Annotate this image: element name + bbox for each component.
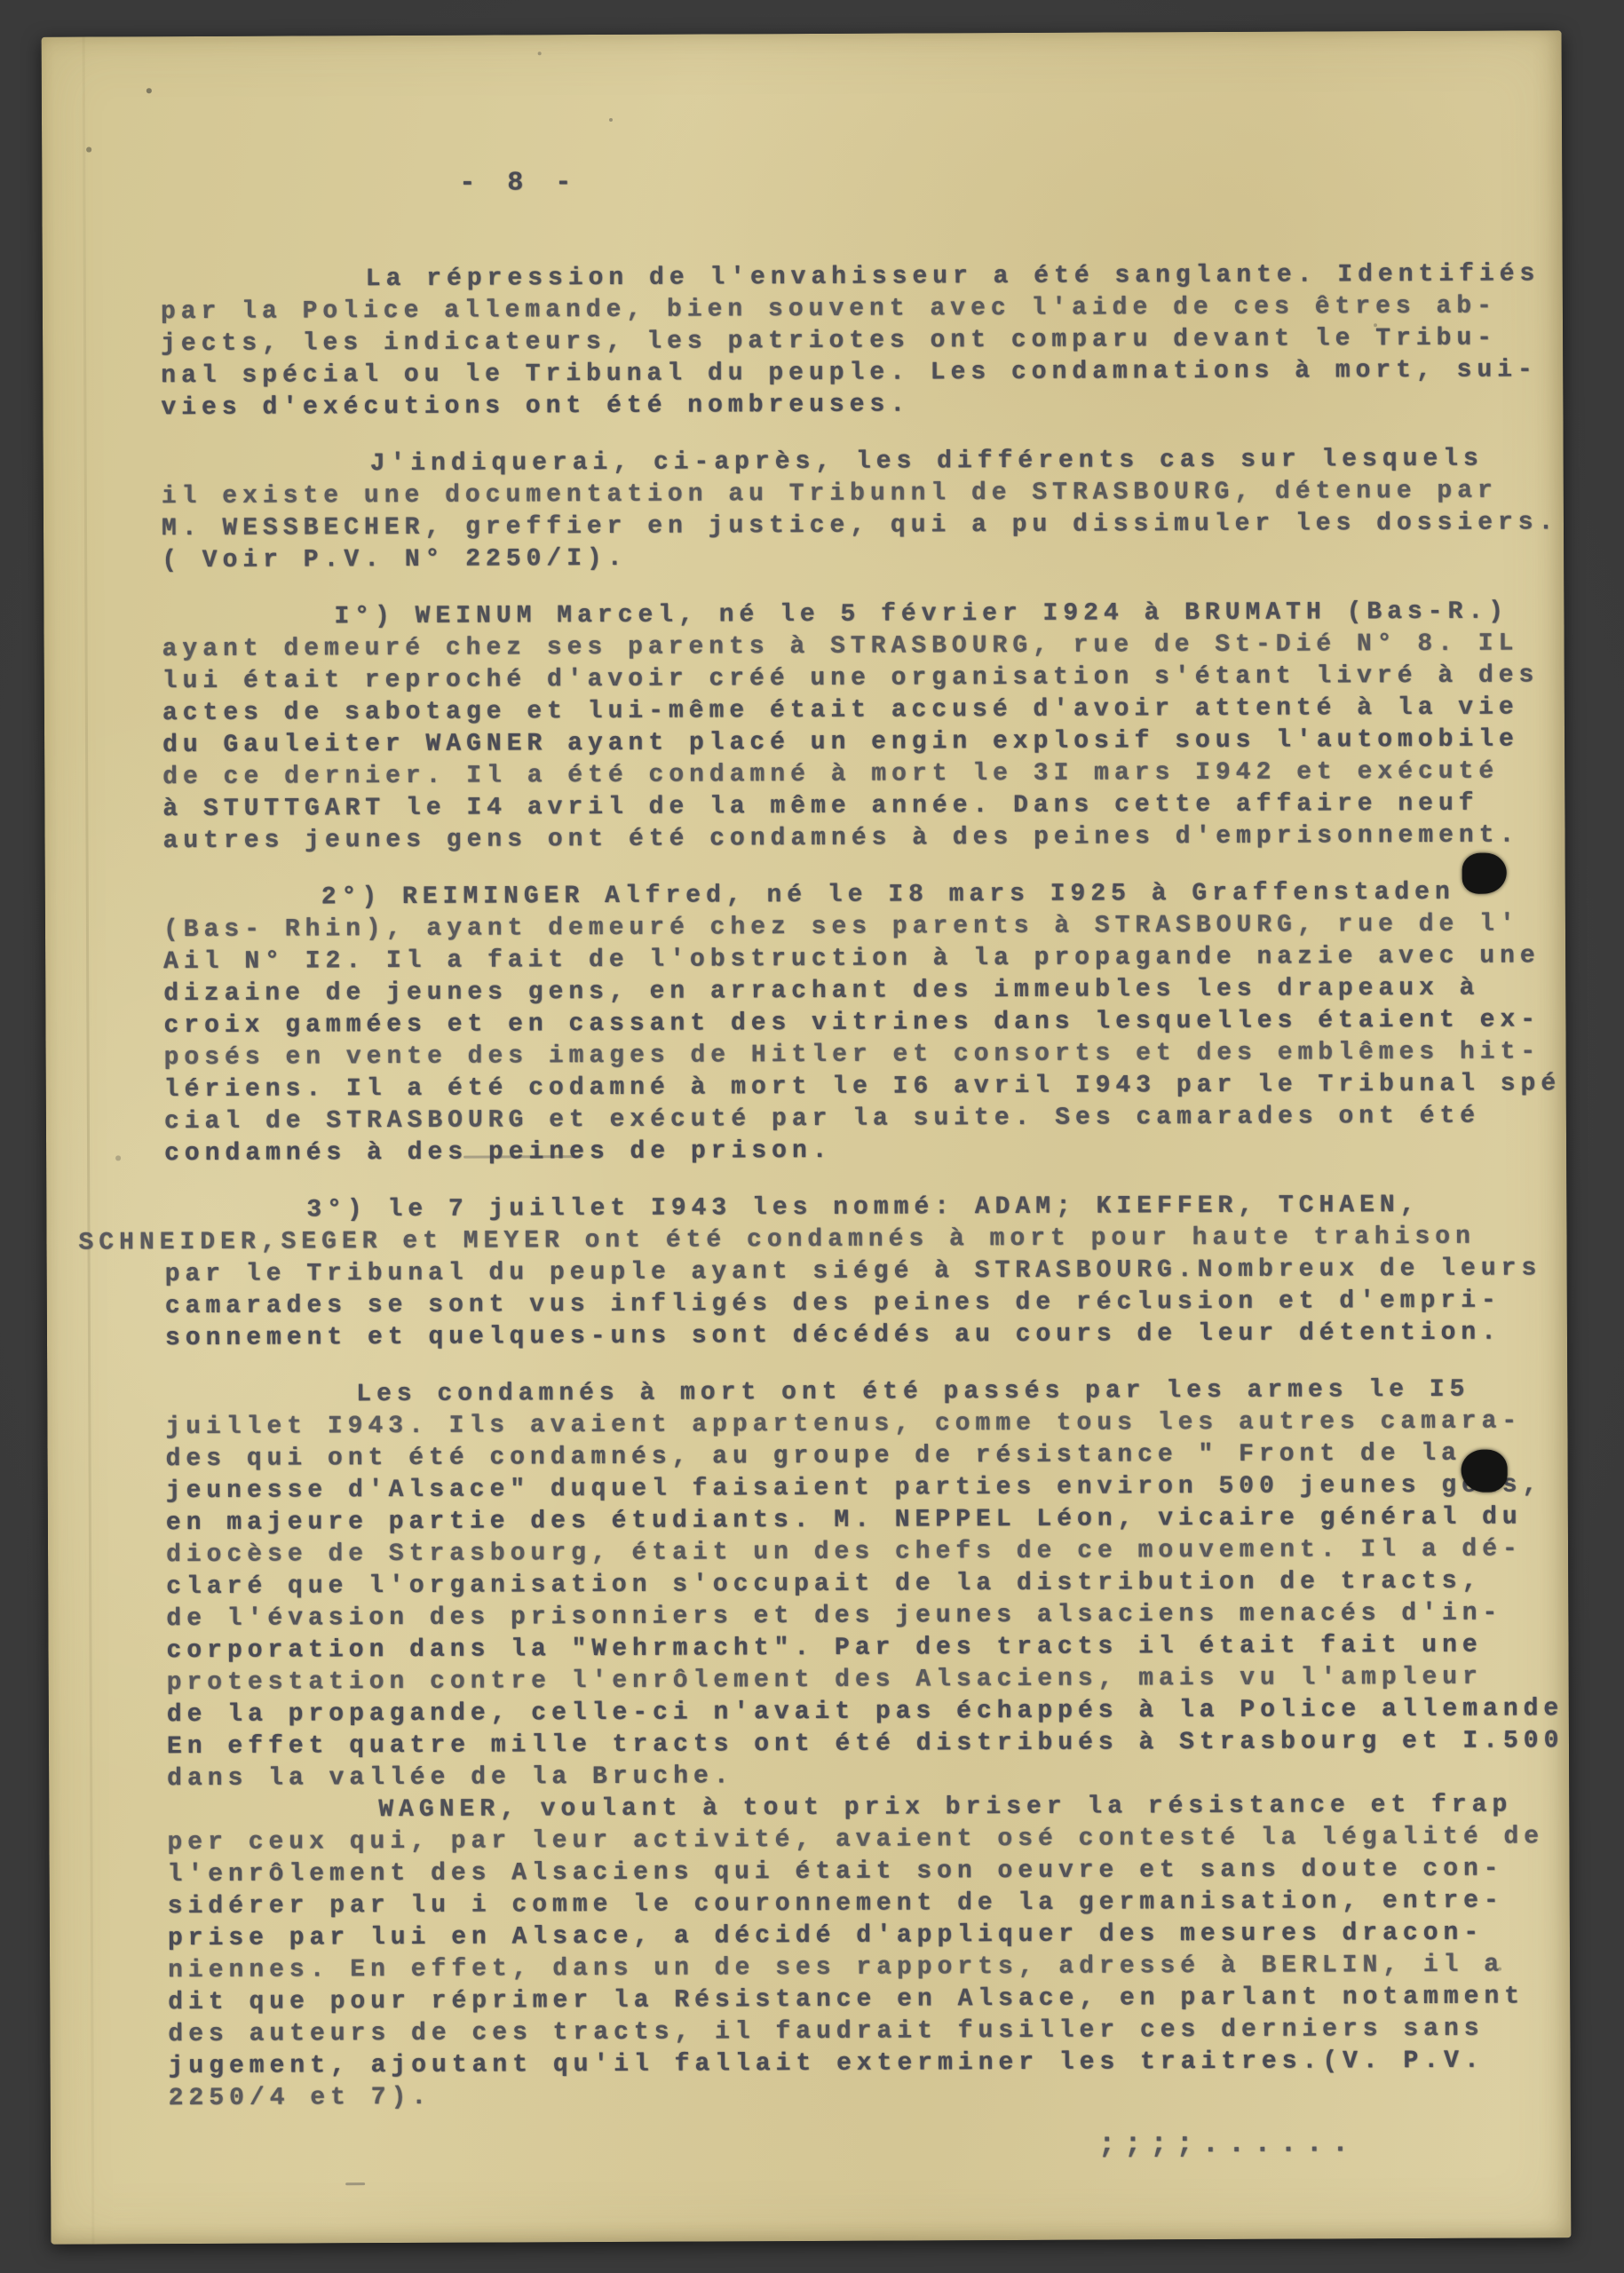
paragraph: La répression de l'envahisseur a été san… [161,258,1582,424]
document-page: - 8 - La répression de l'envahisseur a é… [42,30,1572,2244]
paragraph: I°) WEINUM Marcel, né le 5 février I924 … [162,596,1583,858]
text-line: nal spécial ou le Tribunal du peuple. Le… [161,354,1581,392]
text-line: ( Voir P.V. N° 2250/I). [162,539,1582,577]
text-line: de l'évasion des prisonniers et des jeun… [166,1597,1587,1635]
paper-crease [83,37,95,2245]
text-line: autres jeunes gens ont été condamnés à d… [162,820,1583,858]
text-line: condamnés à des peines de prison. [164,1132,1585,1170]
scanned-page-backdrop: - 8 - La répression de l'envahisseur a é… [0,0,1624,2273]
footer-typed-marks: ;;;;...... [1098,2126,1358,2160]
document-body: La répression de l'envahisseur a été san… [161,258,1589,2140]
paragraph: 2°) REIMINGER Alfred, né le I8 mars I925… [163,876,1585,1170]
text-line: 2250/4 et 7). [169,2077,1589,2115]
page-number: - 8 - [459,168,579,199]
text-line: dizaine de jeunes gens, en arrachant des… [163,972,1584,1010]
paragraph: J'indiquerai, ci-après, les différents c… [162,443,1583,577]
punch-hole-icon [1462,1450,1508,1493]
text-line: camarades se sont vus infligés des peine… [165,1285,1586,1323]
text-line: des auteurs de ces tracts, il faudrait f… [168,2013,1588,2051]
text-line: vies d'exécutions ont été nombreuses. [161,386,1581,424]
ink-smudge [463,1155,579,1159]
text-line: sidérer par lu i comme le couronnement d… [168,1885,1588,1923]
text-line: actes de sabotage et lui-même était accu… [162,692,1583,730]
text-line: protestation contre l'enrôlement des Als… [167,1661,1588,1699]
paragraph: 3°) le 7 juillet I943 les nommé: ADAM; K… [164,1189,1586,1355]
text-line: cial de STRASBOURG et exécuté par la sui… [164,1100,1585,1138]
text-line: jeunesse d'Alsace" duquel faisaient part… [166,1469,1587,1508]
paragraph: Les condamnés à mort ont été passés par … [165,1374,1588,1795]
text-line: sonnement et quelques-uns sont décédés a… [165,1317,1586,1355]
ink-smudge [345,2182,365,2185]
paragraph: WAGNER, voulant à tout prix briser la ré… [167,1789,1589,2115]
paper-specks [42,37,44,39]
